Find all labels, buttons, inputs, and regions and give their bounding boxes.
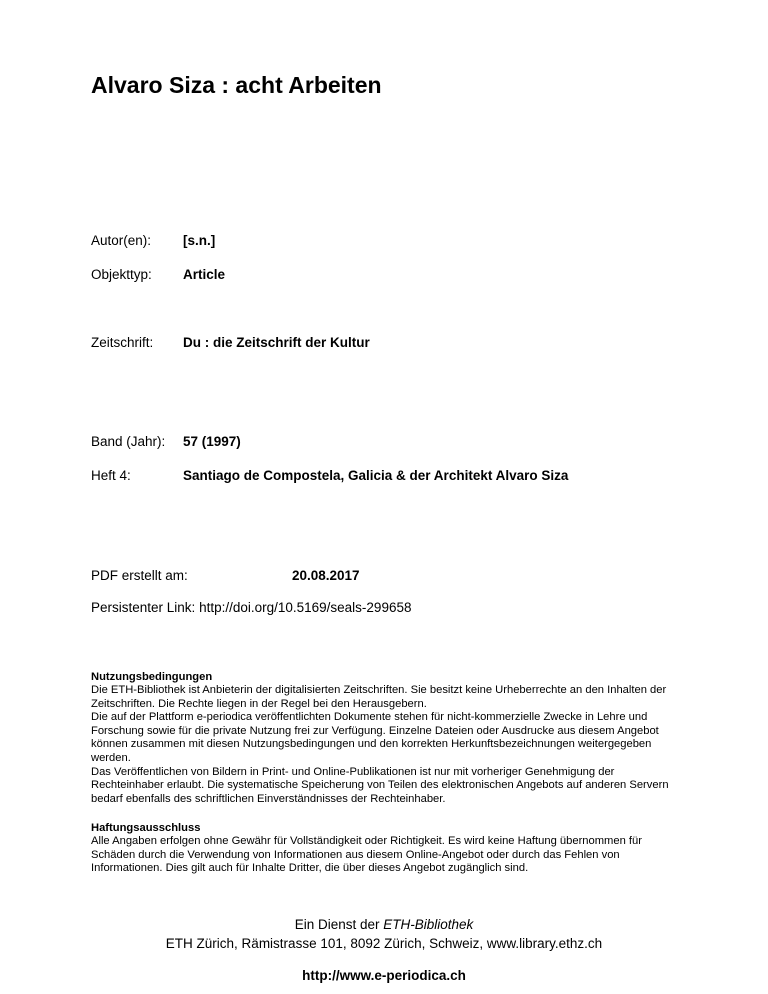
document-title: Alvaro Siza : acht Arbeiten	[91, 72, 382, 100]
pdf-created: PDF erstellt am:20.08.2017	[91, 568, 360, 584]
disclaimer-paragraph: Alle Angaben erfolgen ohne Gewähr für Vo…	[91, 835, 681, 876]
terms-of-use-paragraph-1: Die ETH-Bibliothek ist Anbieterin der di…	[91, 684, 681, 711]
meta-object-type-label: Objekttyp:	[91, 267, 183, 283]
meta-issue-value: Santiago de Compostela, Galicia & der Ar…	[183, 468, 568, 483]
footer-address: ETH Zürich, Rämistrasse 101, 8092 Zürich…	[0, 935, 768, 953]
meta-author: Autor(en):[s.n.]	[91, 233, 215, 249]
pdf-created-value: 20.08.2017	[292, 568, 360, 583]
persistent-link: Persistenter Link: http://doi.org/10.516…	[91, 600, 411, 616]
terms-of-use-heading: Nutzungsbedingungen	[91, 670, 681, 684]
disclaimer-section: Haftungsausschluss Alle Angaben erfolgen…	[91, 821, 681, 876]
meta-journal-label: Zeitschrift:	[91, 335, 183, 351]
pdf-created-label: PDF erstellt am:	[91, 568, 292, 584]
footer-url-link[interactable]: http://www.e-periodica.ch	[0, 968, 768, 983]
meta-object-type: Objekttyp:Article	[91, 267, 225, 283]
terms-of-use-paragraph-3: Das Veröffentlichen von Bildern in Print…	[91, 766, 681, 807]
meta-volume-label: Band (Jahr):	[91, 434, 183, 450]
footer-service-prefix: Ein Dienst der	[295, 917, 384, 932]
footer-service: Ein Dienst der ETH-Bibliothek	[0, 916, 768, 934]
meta-author-value: [s.n.]	[183, 233, 215, 248]
meta-journal: Zeitschrift:Du : die Zeitschrift der Kul…	[91, 335, 370, 351]
footer-service-name: ETH-Bibliothek	[383, 917, 473, 932]
meta-issue: Heft 4:Santiago de Compostela, Galicia &…	[91, 468, 568, 484]
meta-volume-value: 57 (1997)	[183, 434, 241, 449]
terms-of-use-section: Nutzungsbedingungen Die ETH-Bibliothek i…	[91, 670, 681, 806]
disclaimer-heading: Haftungsausschluss	[91, 821, 681, 835]
meta-volume: Band (Jahr):57 (1997)	[91, 434, 241, 450]
persistent-link-label: Persistenter Link:	[91, 600, 195, 615]
meta-object-type-value: Article	[183, 267, 225, 282]
meta-journal-value: Du : die Zeitschrift der Kultur	[183, 335, 370, 350]
meta-issue-label: Heft 4:	[91, 468, 183, 484]
terms-of-use-paragraph-2: Die auf der Plattform e-periodica veröff…	[91, 711, 681, 765]
persistent-link-url[interactable]: http://doi.org/10.5169/seals-299658	[199, 600, 411, 615]
meta-author-label: Autor(en):	[91, 233, 183, 249]
